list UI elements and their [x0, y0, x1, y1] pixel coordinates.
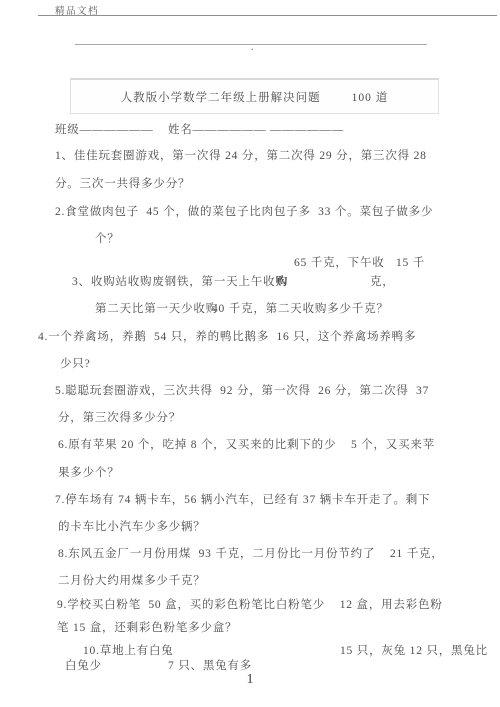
header-rule — [38, 15, 497, 16]
problem-6-line-2: 果多少个？ — [58, 466, 120, 481]
problem-3-line-2-part-2: 40 千克，第二天收购多少千克？ — [212, 302, 389, 317]
problem-7-line-1: 7.停车场有 74 辆卡车，56 辆小汽车，已经有 37 辆卡车开走了。剩下 — [55, 493, 430, 508]
problem-3-line-1-part-3: 克， — [370, 275, 395, 290]
worksheet-page: 精品文档 . 人教版小学数学二年级上册解决问题 100 道 班级—————— 姓… — [0, 0, 500, 707]
problem-7-line-2: 的卡车比小汽车少多少辆？ — [58, 520, 206, 535]
problem-1-line-2: 分。三次一共得多少分？ — [55, 177, 190, 192]
problem-2-line-2: 个？ — [95, 232, 120, 247]
page-title: 人教版小学数学二年级上册解决问题 100 道 — [121, 89, 389, 105]
problem-3-fragment-1: 65 千克，下午收 — [294, 256, 385, 271]
problem-9-line-2: 笔 15 盒，还剩彩色粉笔多少盒？ — [57, 621, 237, 636]
problem-8-line-1: 8.东风五金厂一月份用煤 93 千克，二月份比一月份节约了 21 千克， — [58, 547, 444, 562]
page-number: 1 — [0, 672, 500, 688]
problem-10-line-1-part-2: 15 只，灰兔 12 只，黑兔比 — [340, 644, 488, 659]
problem-3-fragment-2: 15 千 — [396, 256, 425, 271]
problem-4-line-1: 4.一个养禽场，养鹅 54 只，养的鸭比鹅多 16 只，这个养禽场养鸭多 — [38, 330, 416, 345]
problem-8-line-2: 二月份大约用煤多少千克？ — [58, 574, 206, 589]
problem-3-line-1-part-2: 购 — [276, 275, 288, 290]
problem-6-line-1: 6.原有苹果 20 个，吃掉 8 个，又买来的比剩下的少 5 个，又买来苹 — [58, 438, 435, 453]
problem-10-line-1-part-1: 10.草地上有白兔 — [83, 644, 174, 659]
problem-3-line-2-part-1: 第二天比第一天少收购 — [95, 302, 218, 317]
problem-9-line-1: 9.学校买白粉笔 50 盒，买的彩色粉笔比白粉笔少 12 盒，用去彩色粉 — [57, 598, 443, 613]
problem-4-line-2: 少只? — [60, 357, 91, 372]
title-box: 人教版小学数学二年级上册解决问题 100 道 — [70, 78, 439, 114]
problem-1-line-1: 1、佳佳玩套圈游戏，第一次得 24 分，第二次得 29 分，第三次得 28 — [55, 149, 427, 164]
problem-5-line-1: 5.聪聪玩套圈游戏，三次共得 92 分，第一次得 26 分，第二次得 37 — [55, 384, 429, 399]
name-field: 姓名—————— —————— — [168, 123, 344, 138]
class-field: 班级—————— — [55, 123, 153, 138]
problem-5-line-2: 分，第三次得多少分？ — [58, 411, 181, 426]
problem-3-line-1-part-1: 3、收购站收购废钢铁，第一天上午收购 — [72, 275, 288, 290]
separator-dot: . — [251, 42, 254, 53]
problem-2-line-1: 2.食堂做肉包子 45 个，做的菜包子比肉包子多 33 个。菜包子做多少 — [55, 205, 433, 220]
